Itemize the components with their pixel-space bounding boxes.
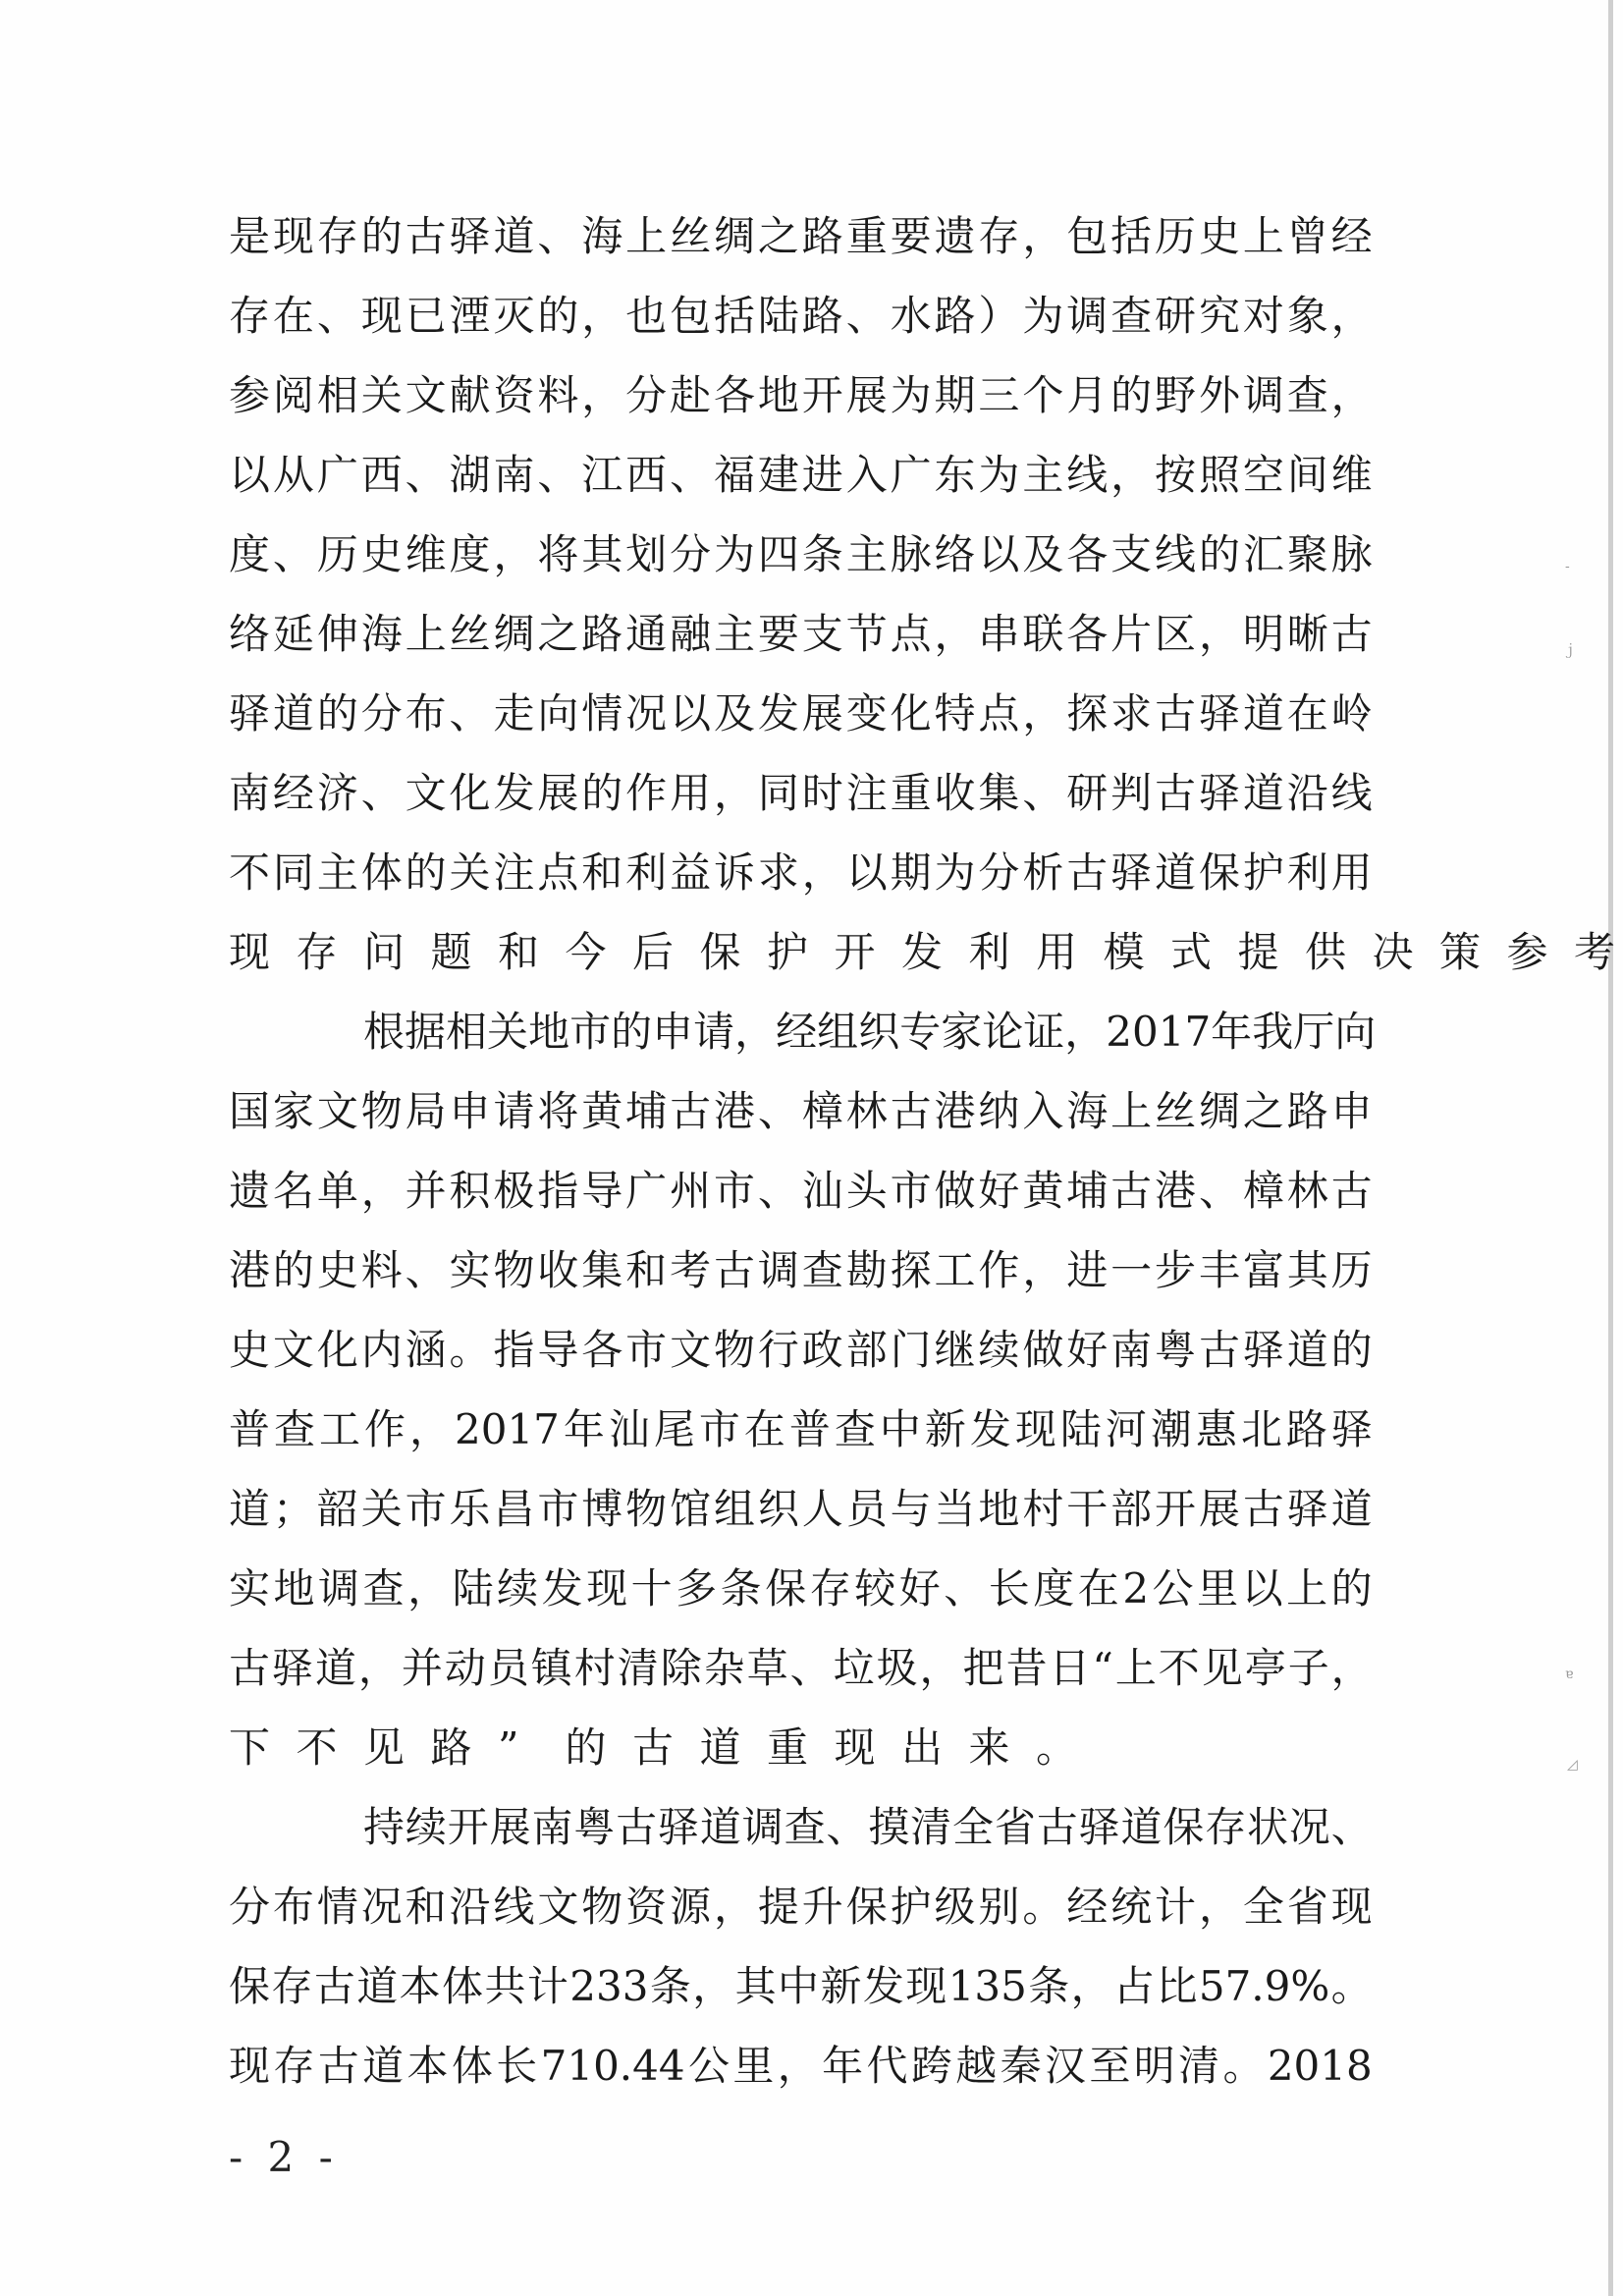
text-line: 度、历史维度，将其划分为四条主脉络以及各支线的汇聚脉 [229, 515, 1373, 594]
text-line: 现存古道本体长710.44公里，年代跨越秦汉至明清。2018 [229, 2026, 1373, 2105]
text-line: 分布情况和沿线文物资源，提升保护级别。经统计，全省现 [229, 1867, 1373, 1946]
scan-mark: ｊ [1563, 643, 1577, 657]
text-line: 以从广西、湖南、江西、福建进入广东为主线，按照空间维 [229, 435, 1373, 515]
text-line: 国家文物局申请将黄埔古港、樟林古港纳入海上丝绸之路申 [229, 1071, 1373, 1151]
text-line: 是现存的古驿道、海上丝绸之路重要遗存，包括历史上曾经 [229, 196, 1373, 276]
page-number: - 2 - [229, 2137, 339, 2178]
text-line: 现存问题和今后保护开发利用模式提供决策参考。 [229, 912, 1623, 992]
scan-mark: ◿ [1567, 1758, 1578, 1772]
text-line: 古驿道，并动员镇村清除杂草、垃圾，把昔日“上不见亭子， [229, 1628, 1373, 1708]
document-page: 是现存的古驿道、海上丝绸之路重要遗存，包括历史上曾经存在、现已湮灭的，也包括陆路… [0, 0, 1623, 2296]
text-line: 普查工作，2017年汕尾市在普查中新发现陆河潮惠北路驿 [229, 1390, 1373, 1469]
text-line: 驿道的分布、走向情况以及发展变化特点，探求古驿道在岭 [229, 674, 1373, 753]
text-line: 下不见路”的古道重现出来。 [229, 1708, 1104, 1787]
text-line: 遗名单，并积极指导广州市、汕头市做好黄埔古港、樟林古 [229, 1151, 1373, 1230]
text-line: 实地调查，陆续发现十多条保存较好、长度在2公里以上的 [229, 1549, 1373, 1628]
scan-mark: - [1565, 560, 1570, 574]
text-line: 史文化内涵。指导各市文物行政部门继续做好南粤古驿道的 [229, 1310, 1373, 1390]
text-line: 络延伸海上丝绸之路通融主要支节点，串联各片区，明晰古 [229, 594, 1373, 674]
text-line: 持续开展南粤古驿道调查、摸清全省古驿道保存状况、 [363, 1787, 1373, 1867]
scan-mark: ɐ [1565, 1667, 1573, 1681]
text-line: 保存古道本体共计233条，其中新发现135条，占比57.9%。 [229, 1946, 1373, 2026]
text-line: 南经济、文化发展的作用，同时注重收集、研判古驿道沿线 [229, 753, 1373, 833]
text-line: 参阅相关文献资料，分赴各地开展为期三个月的野外调查， [229, 355, 1373, 435]
text-line: 根据相关地市的申请，经组织专家论证，2017年我厅向 [363, 992, 1373, 1071]
text-line: 存在、现已湮灭的，也包括陆路、水路）为调查研究对象， [229, 276, 1373, 355]
text-line: 不同主体的关注点和利益诉求，以期为分析古驿道保护利用 [229, 833, 1373, 912]
scan-edge-line [1608, 0, 1613, 2296]
text-line: 道；韶关市乐昌市博物馆组织人员与当地村干部开展古驿道 [229, 1469, 1373, 1549]
text-line: 港的史料、实物收集和考古调查勘探工作，进一步丰富其历 [229, 1230, 1373, 1310]
